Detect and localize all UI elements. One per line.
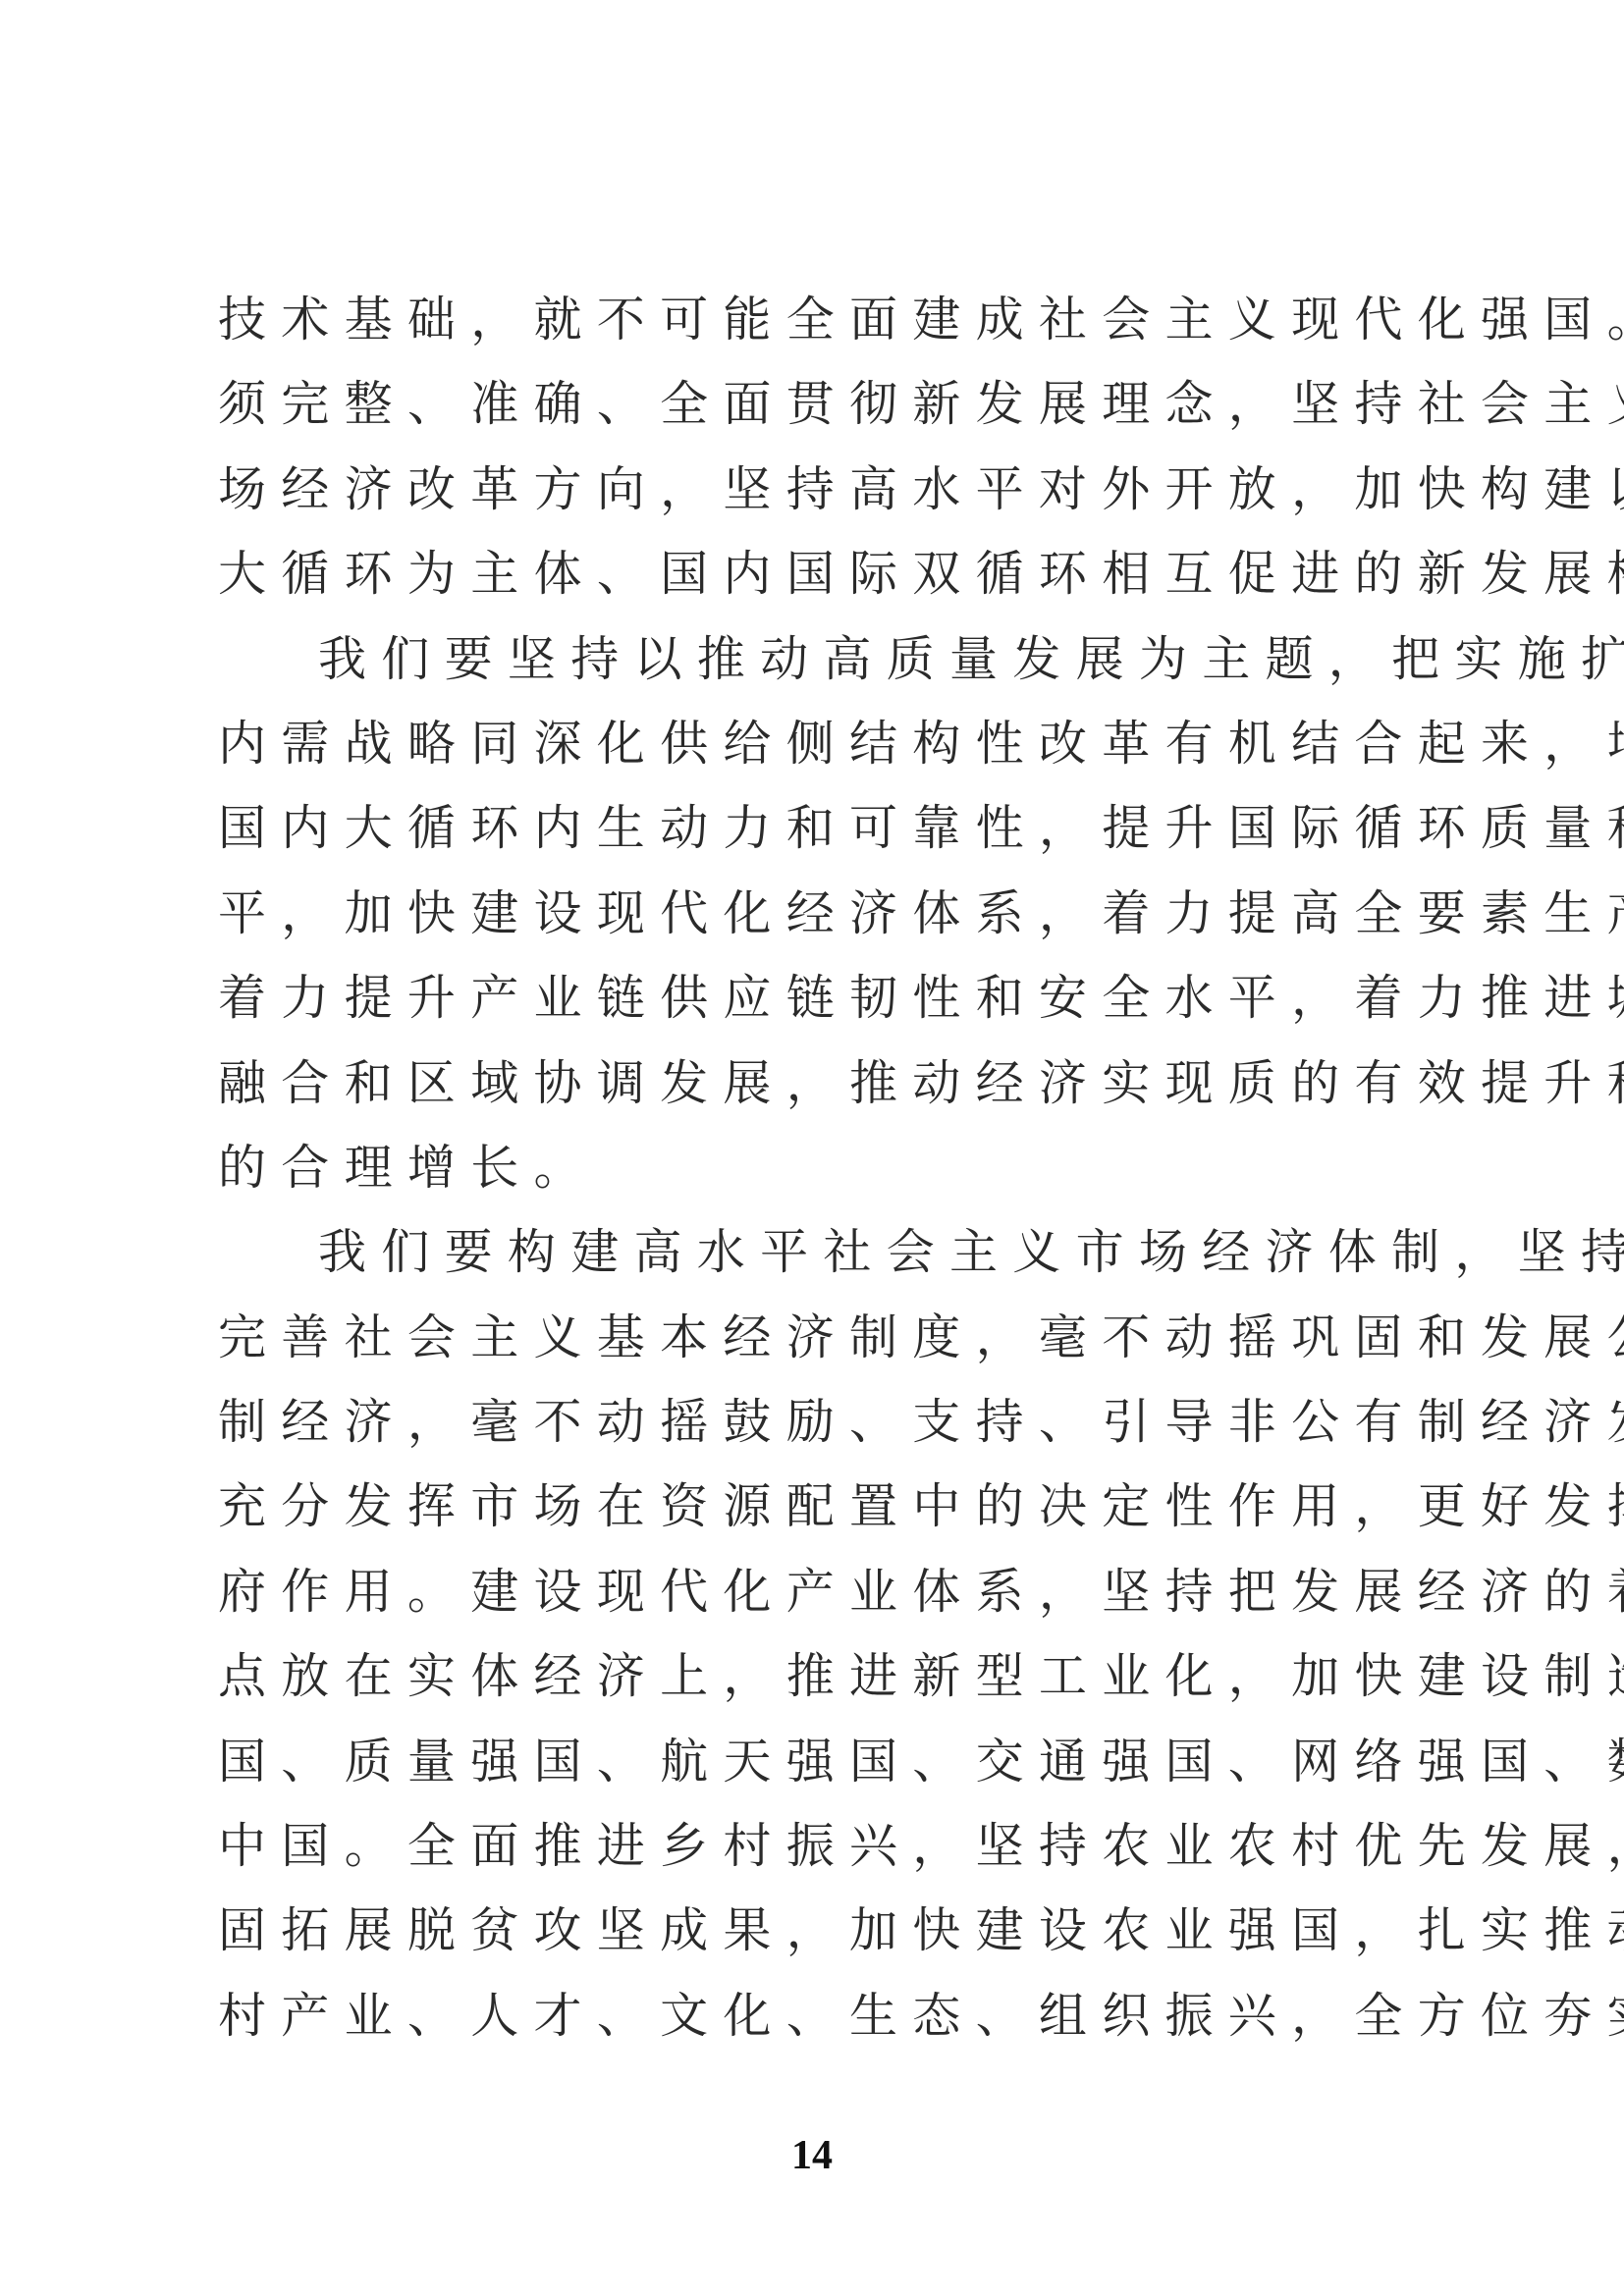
text-line: 国内大循环内生动力和可靠性，提升国际循环质量和水 xyxy=(218,793,1435,878)
paragraph-first-line: 我们要坚持以推动高质量发展为主题，把实施扩大 xyxy=(218,624,1435,709)
document-page: 技术基础，就不可能全面建成社会主义现代化强国。必 须完整、准确、全面贯彻新发展理… xyxy=(0,0,1624,2296)
text-line: 制经济，毫不动摇鼓励、支持、引导非公有制经济发展， xyxy=(218,1387,1435,1471)
page-number: 14 xyxy=(0,2132,1624,2179)
text-line: 场经济改革方向，坚持高水平对外开放，加快构建以国内 xyxy=(218,454,1435,539)
text-line: 府作用。建设现代化产业体系，坚持把发展经济的着力 xyxy=(218,1557,1435,1641)
text-line: 点放在实体经济上，推进新型工业化，加快建设制造强 xyxy=(218,1641,1435,1726)
text-line: 大循环为主体、国内国际双循环相互促进的新发展格局。 xyxy=(218,539,1435,623)
text-line: 融合和区域协调发展，推动经济实现质的有效提升和量 xyxy=(218,1048,1435,1133)
text-line: 充分发挥市场在资源配置中的决定性作用，更好发挥政 xyxy=(218,1471,1435,1556)
body-text: 技术基础，就不可能全面建成社会主义现代化强国。必 须完整、准确、全面贯彻新发展理… xyxy=(218,285,1435,2065)
text-line: 技术基础，就不可能全面建成社会主义现代化强国。必 xyxy=(218,285,1435,369)
text-line: 的合理增长。 xyxy=(218,1133,1435,1217)
text-line: 须完整、准确、全面贯彻新发展理念，坚持社会主义市 xyxy=(218,369,1435,454)
text-line: 完善社会主义基本经济制度，毫不动摇巩固和发展公有 xyxy=(218,1303,1435,1387)
text-line: 内需战略同深化供给侧结构性改革有机结合起来，增强 xyxy=(218,709,1435,793)
text-line: 村产业、人才、文化、生态、组织振兴，全方位夯实粮 xyxy=(218,1981,1435,2065)
text-line: 着力提升产业链供应链韧性和安全水平，着力推进城乡 xyxy=(218,963,1435,1047)
text-line: 平，加快建设现代化经济体系，着力提高全要素生产率， xyxy=(218,879,1435,963)
text-line: 中国。全面推进乡村振兴，坚持农业农村优先发展，巩 xyxy=(218,1811,1435,1896)
text-line: 固拓展脱贫攻坚成果，加快建设农业强国，扎实推动乡 xyxy=(218,1896,1435,1980)
paragraph-first-line: 我们要构建高水平社会主义市场经济体制，坚持和 xyxy=(218,1217,1435,1302)
text-line: 国、质量强国、航天强国、交通强国、网络强国、数字 xyxy=(218,1727,1435,1811)
